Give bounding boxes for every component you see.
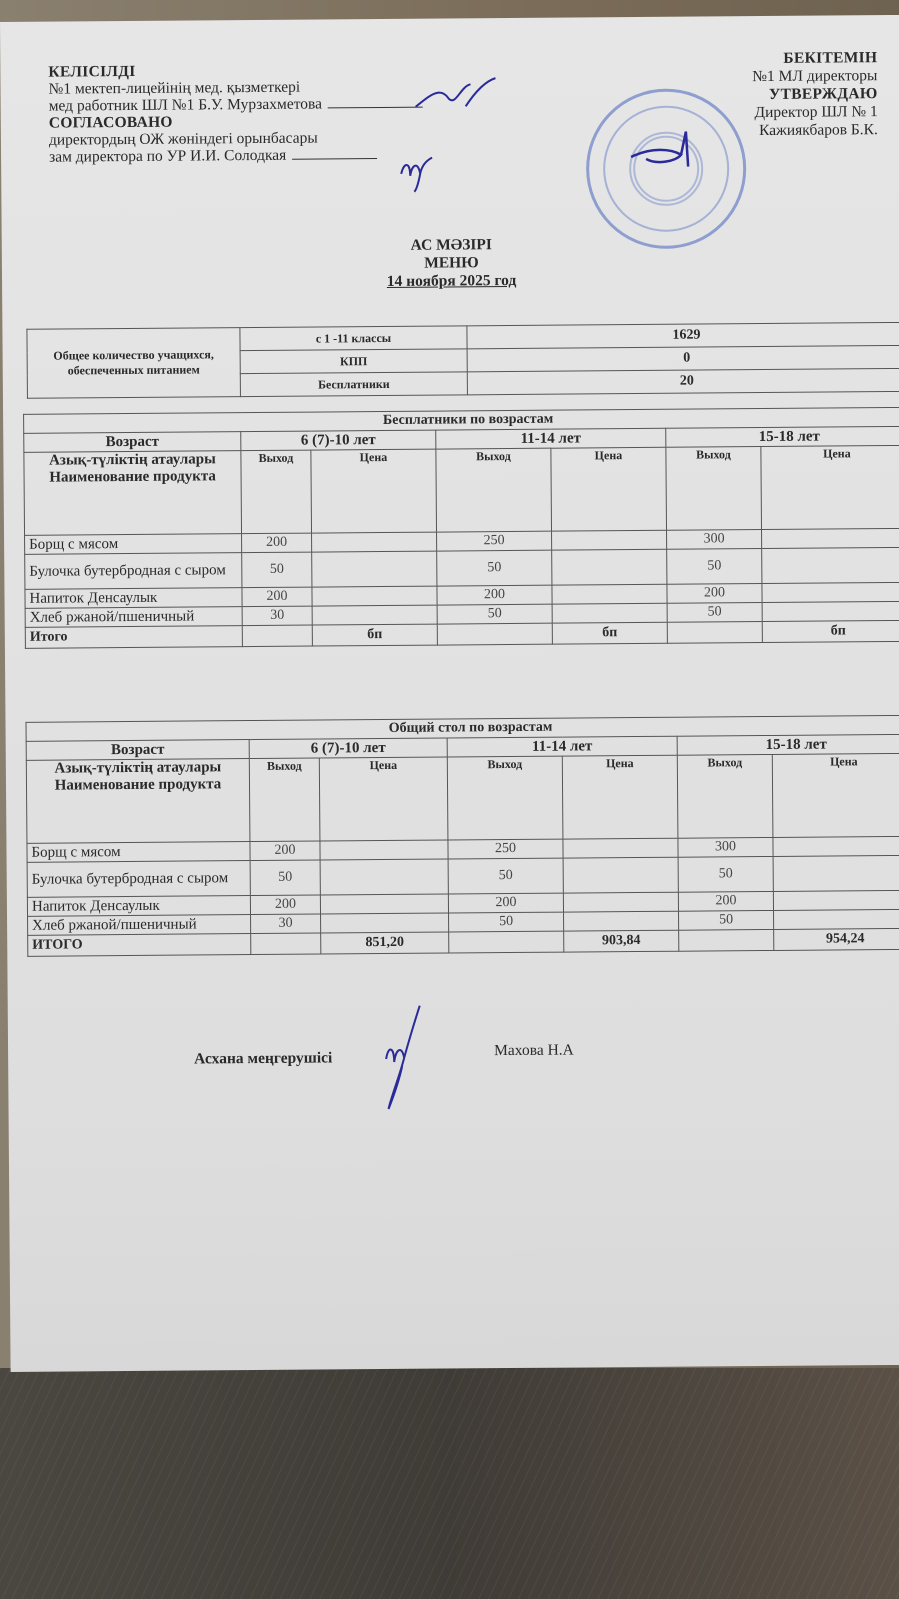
summary-category: Бесплатники — [240, 372, 467, 397]
product-header-kz: Азық-түліктің атаулары — [28, 451, 236, 470]
price-value — [773, 890, 899, 910]
product-name: Булочка бутербродная с сыром — [25, 553, 242, 590]
age-group: 11-14 лет — [436, 428, 666, 449]
output-value: 200 — [437, 585, 552, 605]
age-group: 15-18 лет — [677, 734, 899, 755]
output-value: 200 — [678, 891, 773, 911]
approval-right-block: БЕКІТЕМІН №1 МЛ директоры УТВЕРЖДАЮ Дире… — [752, 49, 878, 140]
total-output — [242, 625, 312, 647]
summary-label: Общее количество учащихся, обеспеченных … — [27, 328, 241, 399]
price-header: Цена — [761, 445, 899, 529]
age-group: 11-14 лет — [447, 736, 677, 757]
total-output — [437, 623, 552, 645]
price-value — [552, 549, 667, 585]
output-value: 50 — [449, 912, 564, 932]
column-header-row: Азық-түліктің атауларыНаименование проду… — [26, 753, 899, 843]
deputy-ru: зам директора по УР И.И. Солодкая — [49, 147, 286, 166]
age-group: 6 (7)-10 лет — [249, 738, 447, 759]
product-name: Борщ с мясом — [27, 842, 250, 863]
price-value — [762, 528, 899, 548]
summary-value: 0 — [467, 345, 899, 371]
med-worker-ru: мед работник ШЛ №1 Б.У. Мурзахметова — [49, 95, 322, 114]
total-output — [667, 622, 762, 644]
product-header: Азық-түліктің атауларыНаименование проду… — [24, 451, 242, 536]
signature-icon — [378, 1004, 429, 1114]
output-value: 50 — [667, 603, 762, 623]
output-value: 200 — [250, 895, 320, 915]
column-header-row: Азық-түліктің атауларыНаименование проду… — [24, 445, 899, 535]
total-price: 903,84 — [564, 930, 679, 952]
price-value — [563, 838, 678, 858]
output-value: 300 — [667, 530, 762, 550]
canteen-manager-label: Асхана меңгерушісі — [194, 1049, 332, 1067]
signature-icon — [410, 76, 500, 117]
official-stamp-icon — [586, 88, 747, 249]
free-meals-table: Бесплатники по возрастам Возраст 6 (7)-1… — [23, 407, 899, 649]
product-name: Булочка бутербродная с сыром — [27, 861, 250, 898]
total-price: 851,20 — [321, 932, 449, 954]
total-label: Итого — [25, 626, 242, 649]
price-header: Цена — [562, 755, 678, 839]
summary-category: с 1 -11 классы — [240, 326, 467, 351]
summary-value: 1629 — [467, 322, 899, 348]
price-header: Цена — [772, 753, 899, 837]
product-name: Борщ с мясом — [25, 534, 242, 555]
output-header: Выход — [436, 448, 552, 532]
canteen-manager-name: Махова Н.А — [494, 1042, 574, 1061]
price-value — [320, 840, 448, 860]
total-output — [449, 931, 564, 953]
director-ru: Директор ШЛ № 1 — [752, 103, 877, 122]
price-value — [563, 857, 678, 893]
director-name: Кажиякбаров Б.К. — [753, 121, 878, 140]
total-output — [251, 933, 321, 955]
director-kz: №1 МЛ директоры — [752, 67, 877, 86]
approval-left-block: КЕЛІСІЛДІ №1 мектеп-лицейінің мед. қызме… — [48, 61, 423, 166]
approve-kz-heading: БЕКІТЕМІН — [752, 49, 877, 68]
price-value — [762, 547, 899, 583]
signature-line — [292, 146, 377, 160]
total-price: бп — [312, 624, 437, 646]
footer-signature: Асхана меңгерушісі Махова Н.А — [194, 1049, 332, 1068]
output-value: 250 — [448, 839, 563, 859]
price-value — [564, 911, 679, 931]
price-value — [320, 894, 448, 914]
output-value: 50 — [437, 604, 552, 624]
age-group: 6 (7)-10 лет — [241, 430, 436, 451]
output-value: 50 — [667, 549, 762, 585]
output-header: Выход — [677, 754, 773, 838]
age-group: 15-18 лет — [666, 426, 899, 447]
price-value — [321, 913, 449, 933]
output-value: 30 — [251, 914, 321, 934]
price-header: Цена — [551, 447, 667, 531]
approve-ru-heading: УТВЕРЖДАЮ — [752, 85, 877, 104]
price-value — [773, 836, 899, 856]
product-name: Хлеб ржаной/пшеничный — [25, 607, 242, 628]
students-summary-table: Общее количество учащихся, обеспеченных … — [26, 322, 899, 399]
price-value — [312, 605, 437, 625]
desk-surface — [0, 1368, 899, 1599]
price-header: Цена — [319, 757, 448, 841]
output-value: 300 — [678, 837, 773, 857]
output-value: 50 — [678, 856, 773, 892]
output-value: 50 — [250, 860, 320, 896]
price-value — [312, 586, 437, 606]
age-label: Возраст — [24, 432, 241, 453]
price-value — [762, 601, 899, 621]
price-value — [563, 892, 678, 912]
output-value: 200 — [242, 587, 312, 607]
output-value: 200 — [667, 584, 762, 604]
summary-value: 20 — [467, 368, 899, 394]
signature-line — [328, 95, 423, 109]
product-header: Азық-түліктің атауларыНаименование проду… — [26, 759, 250, 844]
price-value — [312, 532, 437, 552]
product-header-ru: Наименование продукта — [31, 776, 245, 795]
output-header: Выход — [241, 450, 312, 534]
output-value: 50 — [448, 858, 563, 894]
output-value: 50 — [242, 552, 312, 588]
output-header: Выход — [447, 756, 563, 840]
output-value: 250 — [437, 531, 552, 551]
summary-category: КПП — [240, 349, 467, 374]
product-name: Напиток Денсаулык — [27, 896, 250, 917]
output-value: 30 — [242, 606, 312, 626]
price-value — [552, 584, 667, 604]
output-value: 50 — [437, 550, 552, 586]
output-value: 200 — [448, 893, 563, 913]
output-value: 50 — [679, 910, 774, 930]
price-value — [774, 909, 899, 929]
total-price: 954,24 — [774, 928, 899, 950]
document-title: АС МӘЗІРІ МЕНЮ 14 ноября 2025 год — [2, 233, 899, 294]
age-label: Возраст — [26, 740, 249, 761]
output-value: 200 — [250, 841, 320, 861]
price-value — [552, 530, 667, 550]
price-header: Цена — [311, 449, 437, 533]
output-header: Выход — [249, 758, 320, 842]
product-name: Хлеб ржаной/пшеничный — [28, 915, 251, 936]
price-value — [312, 551, 437, 587]
price-value — [552, 603, 667, 623]
price-value — [762, 582, 899, 602]
product-header-kz: Азық-түліктің атаулары — [31, 759, 245, 778]
output-value: 200 — [242, 533, 312, 553]
total-label: ИТОГО — [28, 934, 251, 957]
output-header: Выход — [666, 447, 762, 531]
price-value — [320, 859, 448, 895]
total-price: бп — [552, 622, 667, 644]
menu-document: КЕЛІСІЛДІ №1 мектеп-лицейінің мед. қызме… — [0, 15, 899, 1372]
total-output — [679, 929, 774, 951]
total-price: бп — [762, 620, 899, 642]
product-header-ru: Наименование продукта — [29, 468, 237, 487]
product-name: Напиток Денсаулык — [25, 588, 242, 609]
general-meals-table: Общий стол по возрастам Возраст 6 (7)-10… — [25, 715, 899, 957]
price-value — [773, 855, 899, 891]
